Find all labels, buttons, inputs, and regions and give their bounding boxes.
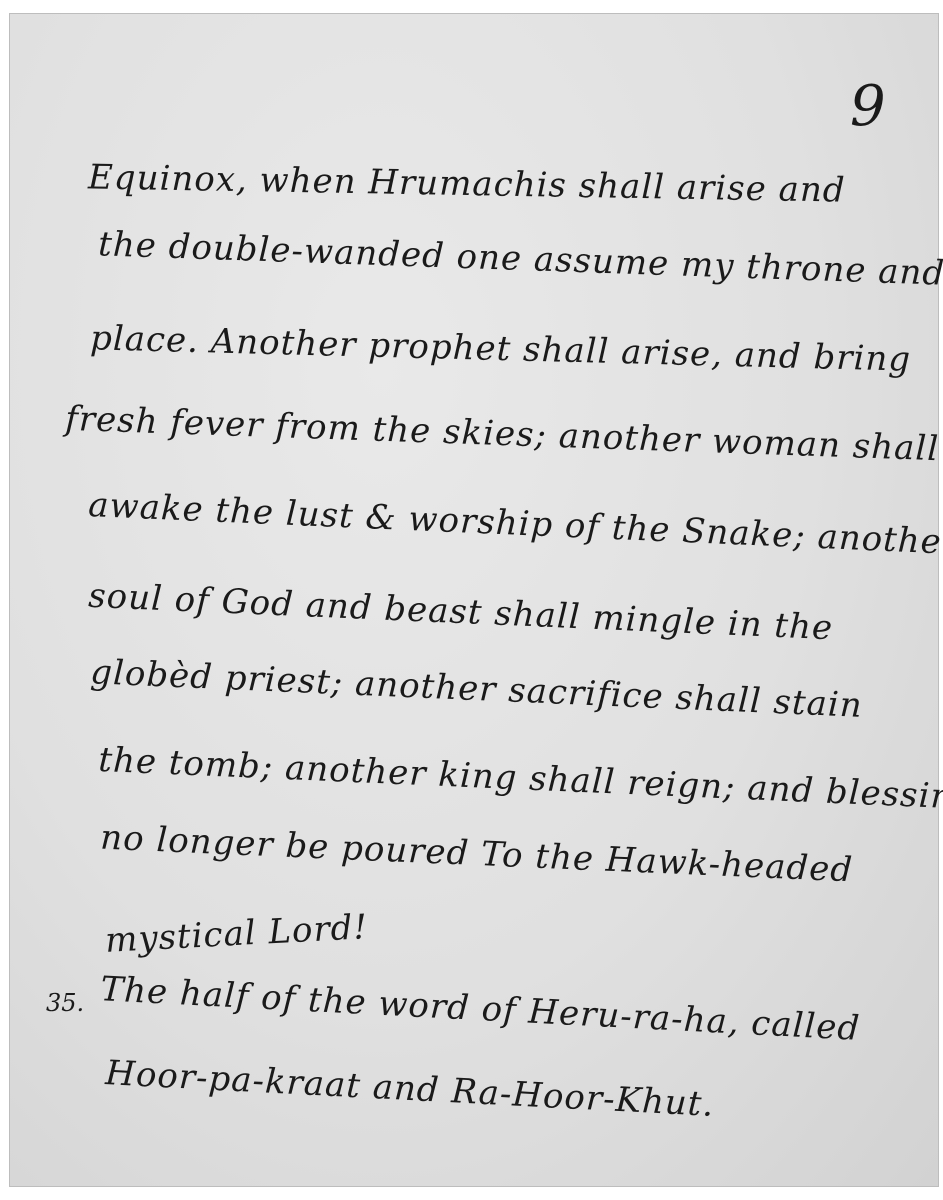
text-line: no longer be poured To the Hawk-headed (99, 818, 853, 891)
text-line: mystical Lord! (104, 907, 369, 961)
text-line: Hoor-pa-kraat and Ra-Hoor-Khut. (104, 1053, 715, 1125)
text-line: soul of God and beast shall mingle in th… (87, 576, 833, 648)
text-line: globèd priest; another sacrifice shall s… (89, 652, 863, 726)
manuscript-page: 9 Equinox, when Hrumachis shall arise an… (10, 14, 938, 1186)
text-line: the double-wanded one assume my throne a… (98, 224, 943, 294)
verse-number: 35. (46, 989, 84, 1017)
text-line: fresh fever from the skies; another woma… (65, 399, 940, 469)
page-number: 9 (850, 74, 886, 139)
text-line: awake the lust & worship of the Snake; a… (88, 485, 943, 563)
text-line: The half of the word of Heru-ra-ha, call… (99, 969, 861, 1049)
text-line: the tomb; another king shall reign; and … (98, 740, 943, 818)
text-line: place. Another prophet shall arise, and … (90, 318, 912, 379)
text-line: Equinox, when Hrumachis shall arise and (88, 157, 846, 210)
